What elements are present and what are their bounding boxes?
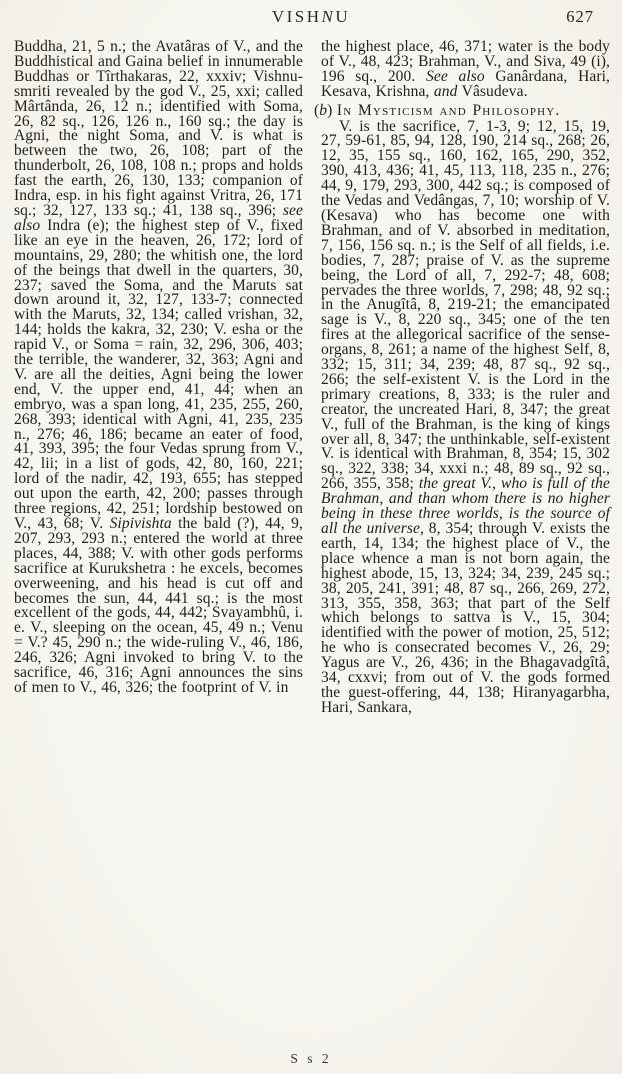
page-number: 627 (566, 7, 594, 27)
right-column: the highest place, 46, 371; water is the… (321, 40, 610, 716)
left-column: Buddha, 21, 5 n.; the Avatâras of V., an… (14, 40, 303, 716)
text-columns: Buddha, 21, 5 n.; the Avatâras of V., an… (14, 40, 610, 716)
index-entry-continuation-right: the highest place, 46, 371; water is the… (321, 40, 610, 100)
printers-signature: S s 2 (0, 1051, 622, 1067)
section-heading-mysticism-philosophy: (b) In Mysticism and Philosophy. (314, 104, 610, 119)
book-page: VISHNU 627 Buddha, 21, 5 n.; the Avatâra… (0, 0, 622, 1074)
index-entry-mysticism-body: V. is the sacrifice, 7, 1-3, 9; 12, 15, … (321, 120, 610, 716)
index-entry-continuation-left: Buddha, 21, 5 n.; the Avatâras of V., an… (14, 40, 303, 696)
page-header-title: VISHNU (0, 7, 622, 27)
